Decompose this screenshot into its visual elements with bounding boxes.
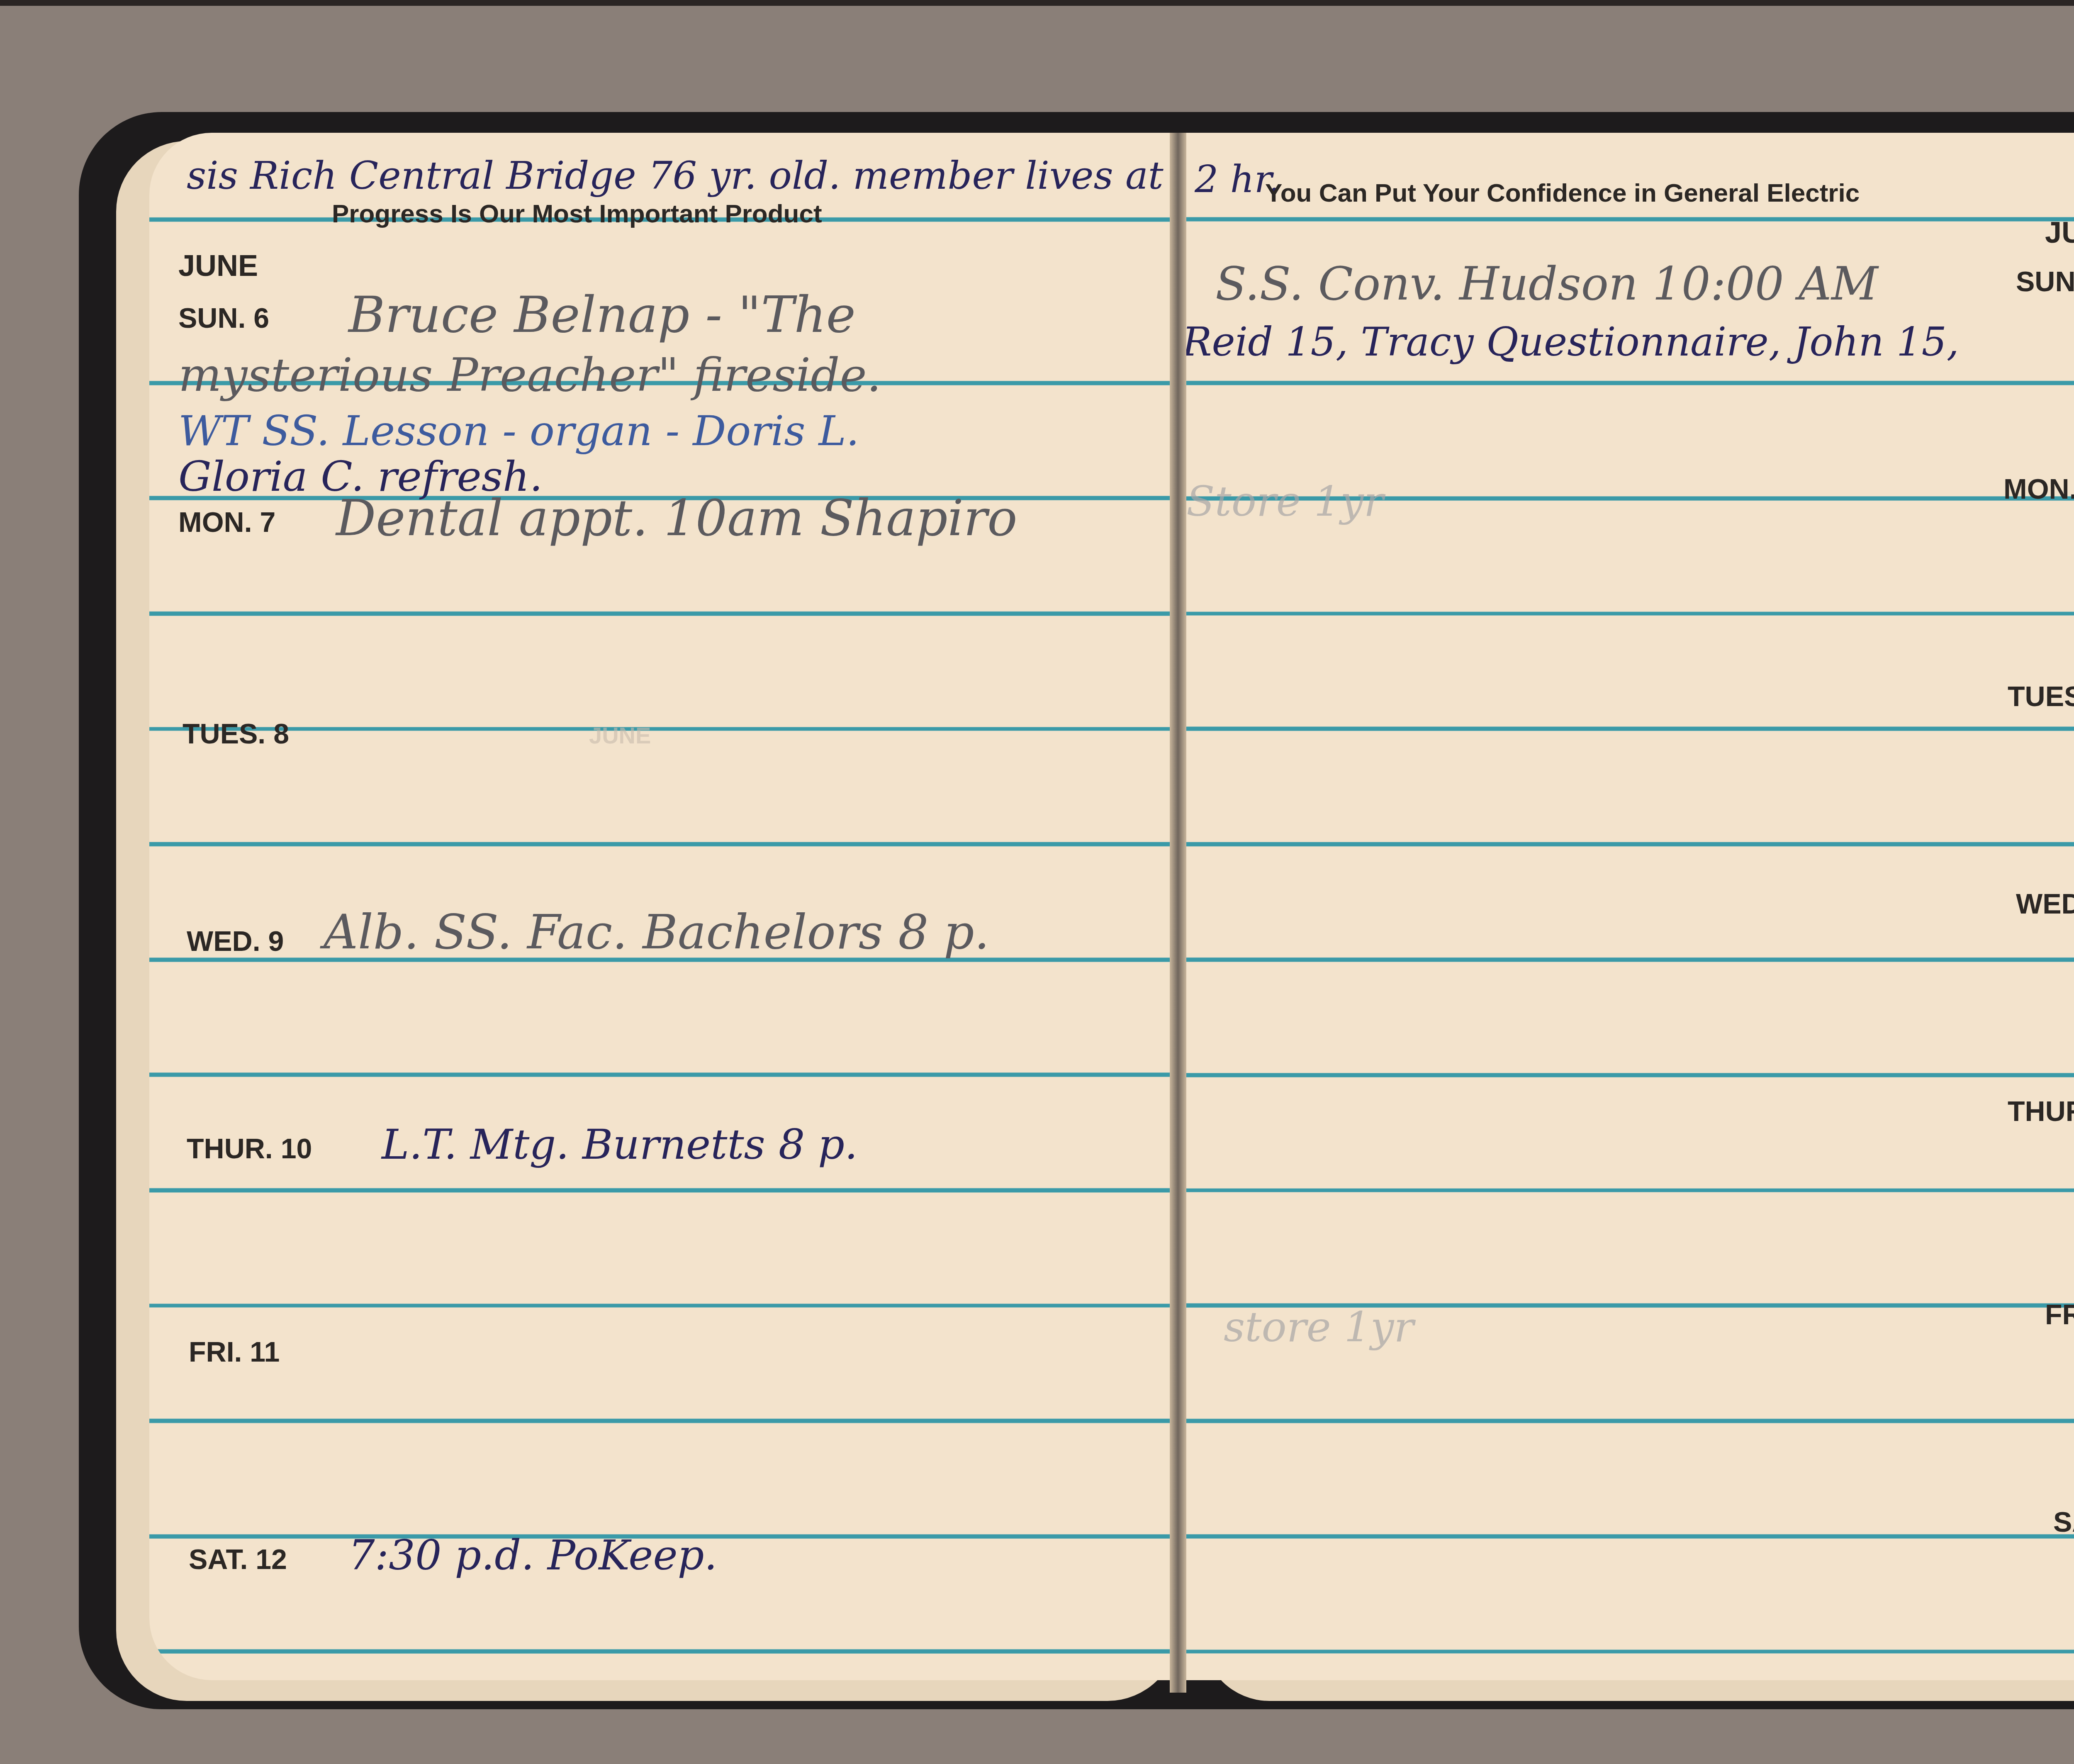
entry: 7:30 p.d. PoKeep. (348, 1531, 717, 1579)
top-note: sis Rich Central Bridge 76 yr. old. memb… (187, 153, 1174, 198)
entry: Bruce Belnap - "The (348, 286, 856, 344)
entry: Reid 15, Tracy Questionnaire, John 15, (1182, 319, 1959, 365)
entry: Dental appt. 10am Shapiro (336, 490, 1018, 547)
slogan: You Can Put Your Confidence in General E… (1265, 178, 1860, 208)
slogan: Progress Is Our Most Important Product (332, 199, 822, 229)
day-label-sun-13: SUN. 13 (2016, 266, 2074, 298)
entry: Alb. SS. Fac. Bachelors 8 p. (324, 904, 989, 960)
day-label-mon-14: MON. 14 (2003, 473, 2074, 505)
day-label-wed-16: WED. 16 (2016, 888, 2074, 920)
day-label-thur-17: THUR. 17 (2008, 1095, 2074, 1128)
entry: mysterious Preacher" fireside. (178, 348, 881, 402)
day-label-tues-8: TUES. 8 (183, 718, 289, 750)
month-label: JUNE (178, 249, 258, 283)
day-label-fri-11: FRI. 11 (189, 1336, 280, 1368)
day-label-tues-15: TUES. 15 (2008, 680, 2074, 713)
entry: L.T. Mtg. Burnetts 8 p. (382, 1120, 858, 1169)
entry: store 1yr (1224, 1303, 1414, 1351)
day-label-mon-7: MON. 7 (178, 506, 275, 538)
entry: S.S. Conv. Hudson 10:00 AM (1215, 257, 1878, 310)
bleed-through-text: JUNE (589, 722, 651, 749)
left-page: sis Rich Central Bridge 76 yr. old. memb… (149, 133, 1174, 1680)
binding-gutter (1170, 133, 1186, 1693)
day-label-sun-6: SUN. 6 (178, 302, 269, 334)
right-page: 2 hr. You Can Put Your Confidence in Gen… (1182, 133, 2074, 1680)
entry: WT SS. Lesson - organ - Doris L. (178, 407, 859, 455)
day-label-wed-9: WED. 9 (187, 925, 284, 958)
day-label-sat-12: SAT. 12 (189, 1543, 287, 1576)
day-label-fri-18: FRI. 18 (2045, 1299, 2074, 1331)
day-label-sat-19: SAT. 19 (2053, 1506, 2074, 1538)
day-label-thur-10: THUR. 10 (187, 1133, 312, 1165)
top-edge (0, 0, 2074, 6)
month-label: JUNE (2045, 216, 2074, 250)
entry: Store 1yr (1186, 477, 1384, 526)
